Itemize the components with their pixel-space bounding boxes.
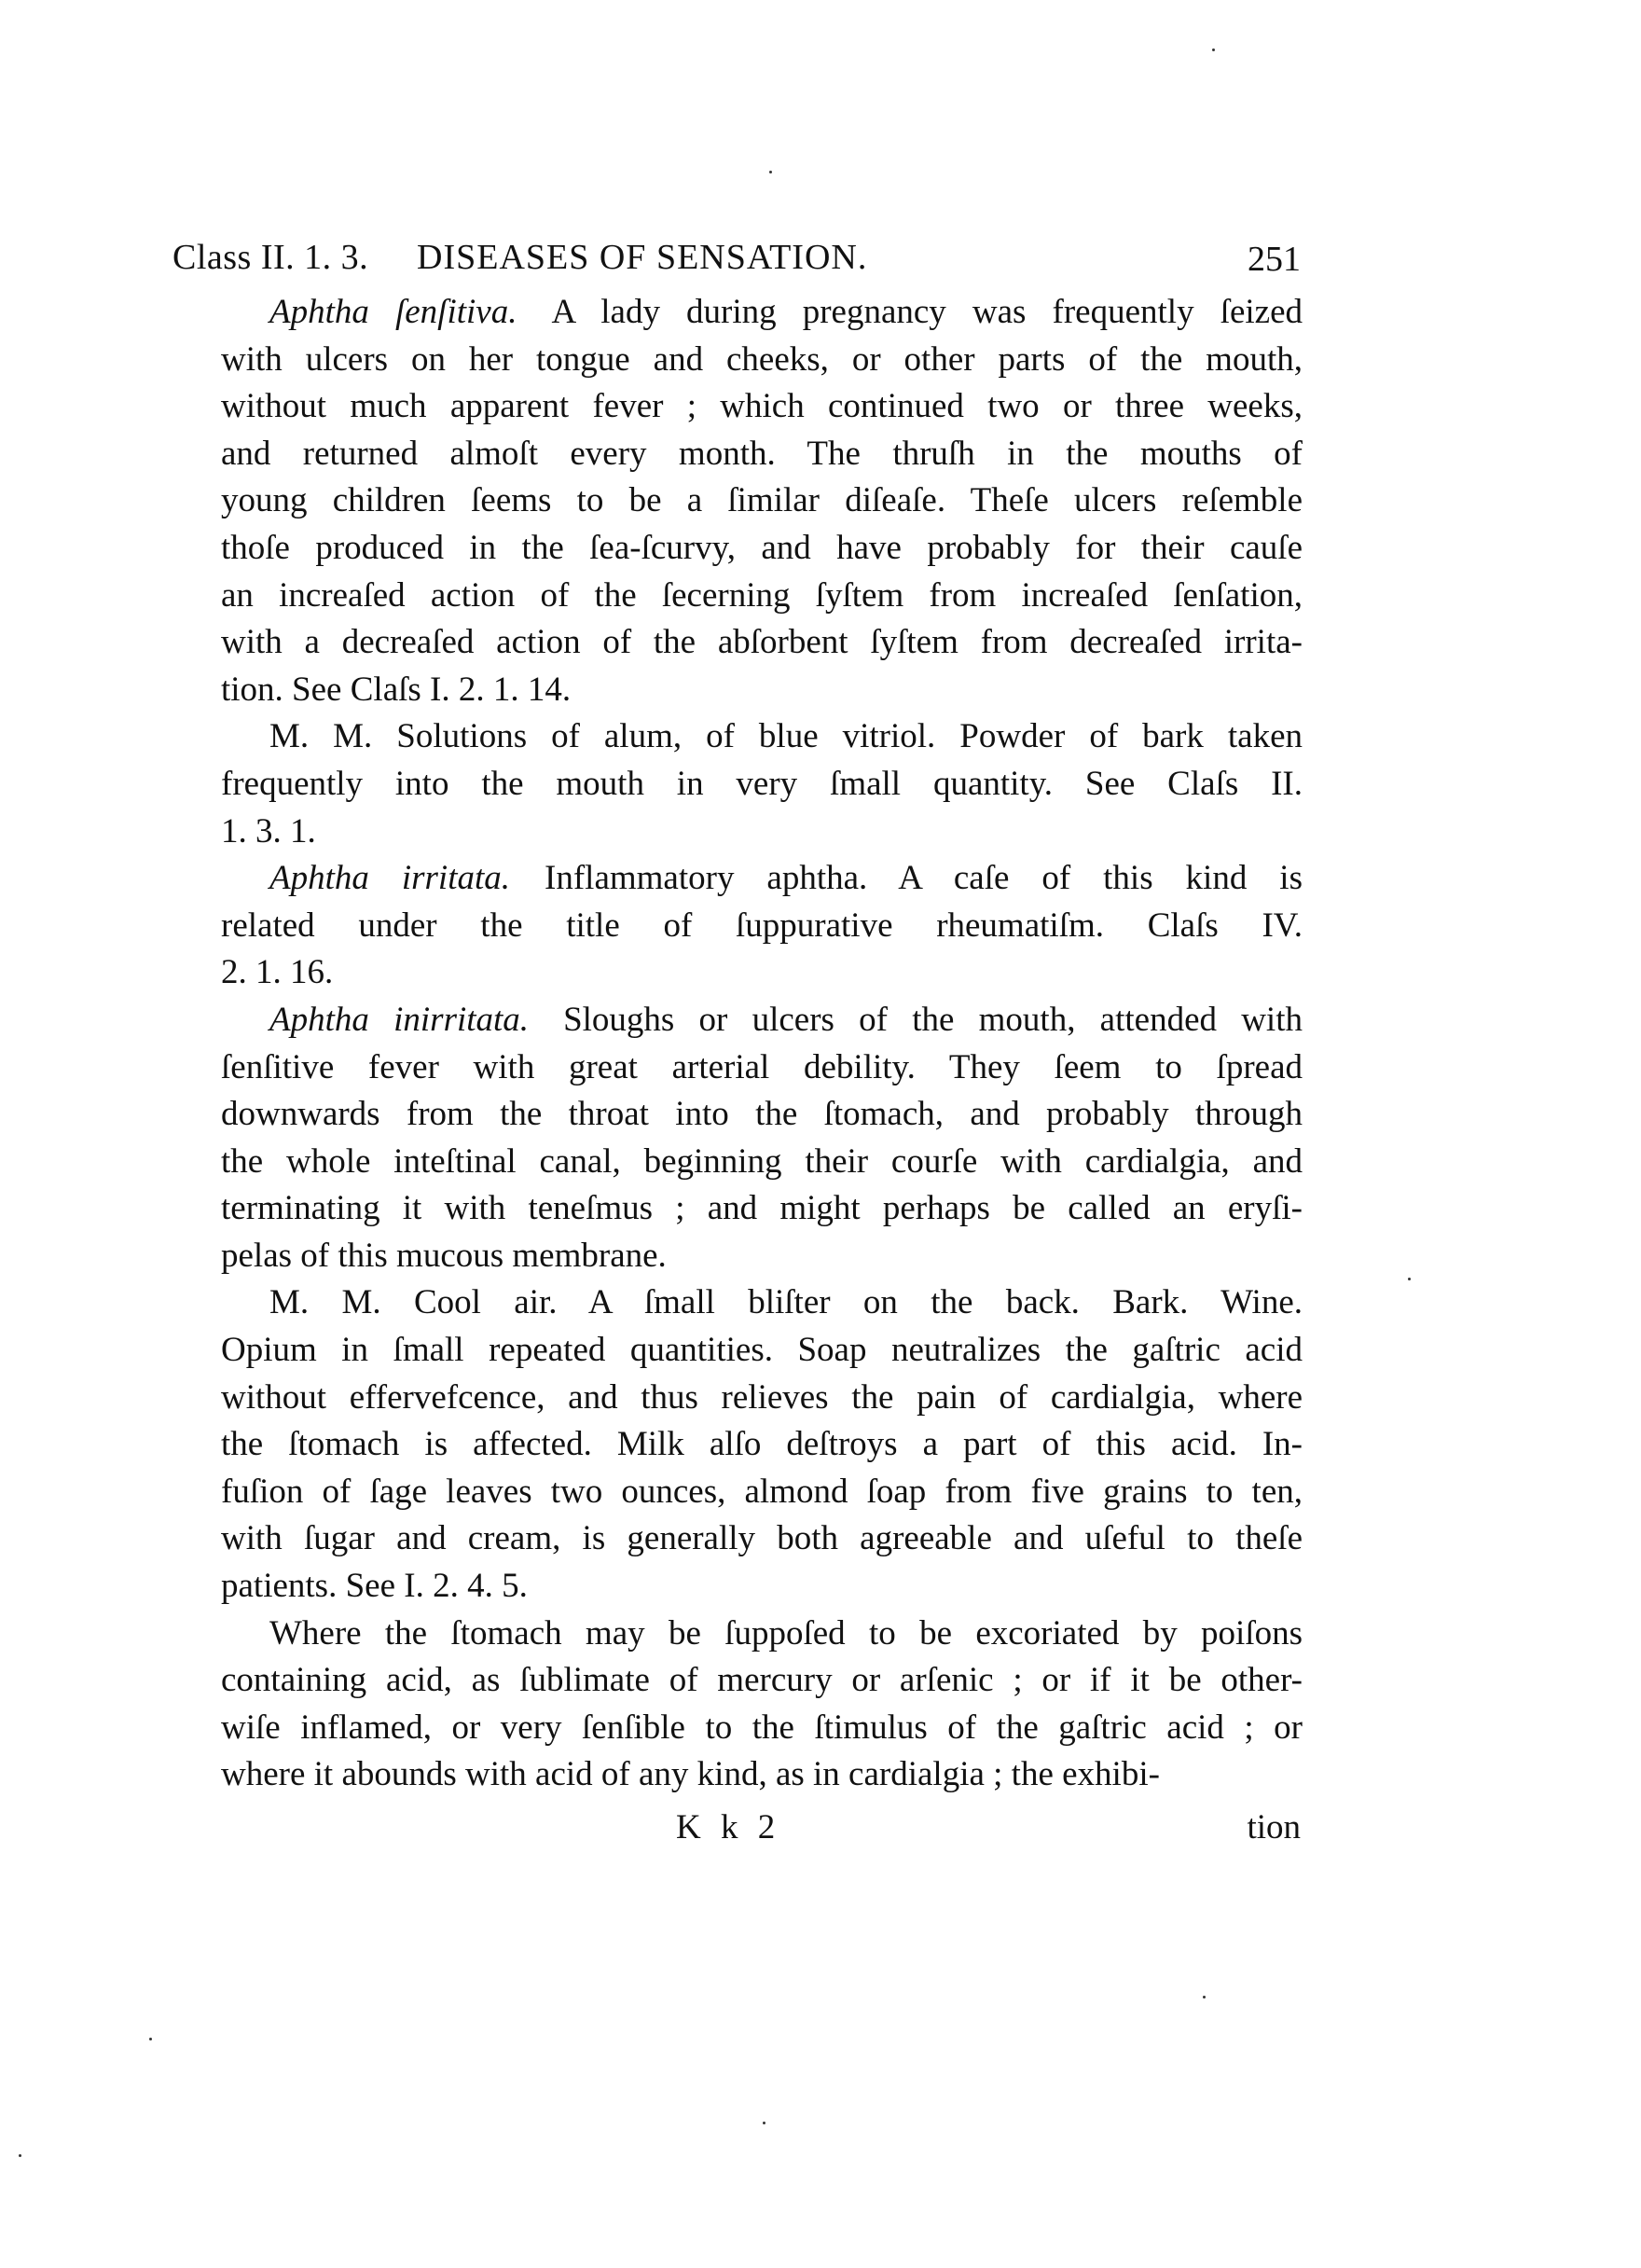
paragraph: Aphtha irritata. Inflammatory aphtha. A … [172,855,1303,997]
text-line: the whole inteſtinal canal, beginning th… [172,1139,1303,1186]
text-line: patients. See I. 2. 4. 5. [172,1563,1303,1611]
paragraph: M. M. Solutions of alum, of blue vitriol… [172,713,1303,855]
text-line: M. M. Solutions of alum, of blue vitriol… [172,713,1303,761]
print-speck [763,2122,765,2124]
text-line: and returned almoſt every month. The thr… [172,431,1303,478]
line-text: Inflammatory aphtha. A caſe of this kind… [545,859,1303,897]
line-text: terminating it with teneſmus ; and might… [221,1189,1303,1227]
page-number: 251 [1248,233,1301,285]
paragraph: Aphtha ſenſitiva. A lady during pregnanc… [172,289,1303,713]
body-text: Aphtha ſenſitiva. A lady during pregnanc… [172,289,1303,1799]
line-text: pelas of this mucous membrane. [221,1237,667,1275]
line-text: Sloughs or ulcers of the mouth, attended… [563,1001,1303,1039]
print-speck [1408,1278,1411,1280]
running-head: Class II. 1. 3. DISEASES OF SENSATION. 2… [172,231,1303,283]
text-line: the ſtomach is affected. Milk alſo deſtr… [172,1421,1303,1469]
text-line: downwards from the throat into the ſtoma… [172,1091,1303,1139]
line-text: the whole inteſtinal canal, beginning th… [221,1142,1303,1181]
entry-heading: Aphtha ſenſitiva. [269,293,517,331]
line-text: with ulcers on her tongue and cheeks, or… [221,340,1303,379]
print-speck [1203,1996,1206,1998]
line-text: and returned almoſt every month. The thr… [221,435,1303,473]
line-text: an increaſed action of the ſecerning ſyſ… [221,576,1303,615]
text-line: fuſion of ſage leaves two ounces, almond… [172,1469,1303,1516]
line-text: young children ſeems to be a ſimilar diſ… [221,481,1303,519]
line-text: related under the title of ſuppurative r… [221,906,1303,945]
text-line: with a decreaſed action of the abſorbent… [172,619,1303,667]
line-text: downwards from the throat into the ſtoma… [221,1095,1303,1133]
line-text: A lady during pregnancy was frequently ſ… [551,293,1303,331]
line-text: thoſe produced in the ſea-ſcurvy, and ha… [221,529,1303,567]
print-speck [1212,48,1215,51]
text-line: without effervefcence, and thus relieves… [172,1375,1303,1422]
text-line: 1. 3. 1. [172,809,1303,856]
text-line: thoſe produced in the ſea-ſcurvy, and ha… [172,525,1303,573]
line-text: with a decreaſed action of the abſorbent… [221,623,1303,661]
catchword: tion [1247,1805,1301,1851]
line-text: with ſugar and cream, is generally both … [221,1519,1303,1557]
line-text: wiſe inflamed, or very ſenſible to the ſ… [221,1708,1303,1747]
line-text: 1. 3. 1. [221,812,316,850]
line-text: ſenſitive fever with great arterial debi… [221,1048,1303,1086]
text-line: M. M. Cool air. A ſmall bliſter on the b… [172,1279,1303,1327]
text-line: tion. See Claſs I. 2. 1. 14. [172,667,1303,714]
print-speck [149,2038,152,2040]
line-text: fuſion of ſage leaves two ounces, almond… [221,1473,1303,1511]
text-line: Opium in ſmall repeated quantities. Soap… [172,1327,1303,1375]
line-text: where it abounds with acid of any kind, … [221,1755,1160,1793]
line-text: M. M. Solutions of alum, of blue vitriol… [269,717,1303,755]
line-text: tion. See Claſs I. 2. 1. 14. [221,671,571,709]
line-text: M. M. Cool air. A ſmall bliſter on the b… [269,1283,1303,1321]
text-line: with ulcers on her tongue and cheeks, or… [172,337,1303,384]
text-line: an increaſed action of the ſecerning ſyſ… [172,573,1303,620]
text-line: wiſe inflamed, or very ſenſible to the ſ… [172,1705,1303,1752]
line-text: frequently into the mouth in very ſmall … [221,765,1303,803]
line-text: Opium in ſmall repeated quantities. Soap… [221,1331,1303,1369]
line-text: 2. 1. 16. [221,953,333,991]
text-line: Where the ſtomach may be ſuppoſed to be … [172,1611,1303,1658]
line-text: Where the ſtomach may be ſuppoſed to be … [269,1614,1303,1653]
text-line: related under the title of ſuppurative r… [172,903,1303,950]
print-speck [769,171,772,173]
page-footer: K k 2 tion [172,1805,1303,1851]
entry-heading: Aphtha inirritata. [269,1001,529,1039]
text-line: containing acid, as ſublimate of mercury… [172,1657,1303,1705]
print-speck [19,2154,21,2157]
text-line: young children ſeems to be a ſimilar diſ… [172,477,1303,525]
text-line: pelas of this mucous membrane. [172,1233,1303,1280]
text-line: with ſugar and cream, is generally both … [172,1515,1303,1563]
text-line: Aphtha irritata. Inflammatory aphtha. A … [172,855,1303,903]
paragraph: Where the ſtomach may be ſuppoſed to be … [172,1611,1303,1799]
entry-heading: Aphtha irritata. [269,859,510,897]
paragraph: M. M. Cool air. A ſmall bliſter on the b… [172,1279,1303,1610]
line-text: without effervefcence, and thus relieves… [221,1378,1303,1417]
text-line: ſenſitive fever with great arterial debi… [172,1044,1303,1092]
book-page: Class II. 1. 3. DISEASES OF SENSATION. 2… [172,231,1303,1851]
text-line: where it abounds with acid of any kind, … [172,1751,1303,1799]
text-line: Aphtha inirritata. Sloughs or ulcers of … [172,997,1303,1044]
paragraph: Aphtha inirritata. Sloughs or ulcers of … [172,997,1303,1280]
text-line: 2. 1. 16. [172,949,1303,997]
text-line: frequently into the mouth in very ſmall … [172,761,1303,809]
class-reference: Class II. 1. 3. [172,231,368,283]
line-text: containing acid, as ſublimate of mercury… [221,1661,1303,1699]
chapter-title: DISEASES OF SENSATION. [417,231,867,283]
text-line: Aphtha ſenſitiva. A lady during pregnanc… [172,289,1303,337]
line-text: without much apparent fever ; which cont… [221,387,1303,425]
text-line: terminating it with teneſmus ; and might… [172,1185,1303,1233]
text-line: without much apparent fever ; which cont… [172,383,1303,431]
line-text: patients. See I. 2. 4. 5. [221,1567,528,1605]
signature-mark: K k 2 [676,1805,780,1851]
line-text: the ſtomach is affected. Milk alſo deſtr… [221,1425,1303,1463]
